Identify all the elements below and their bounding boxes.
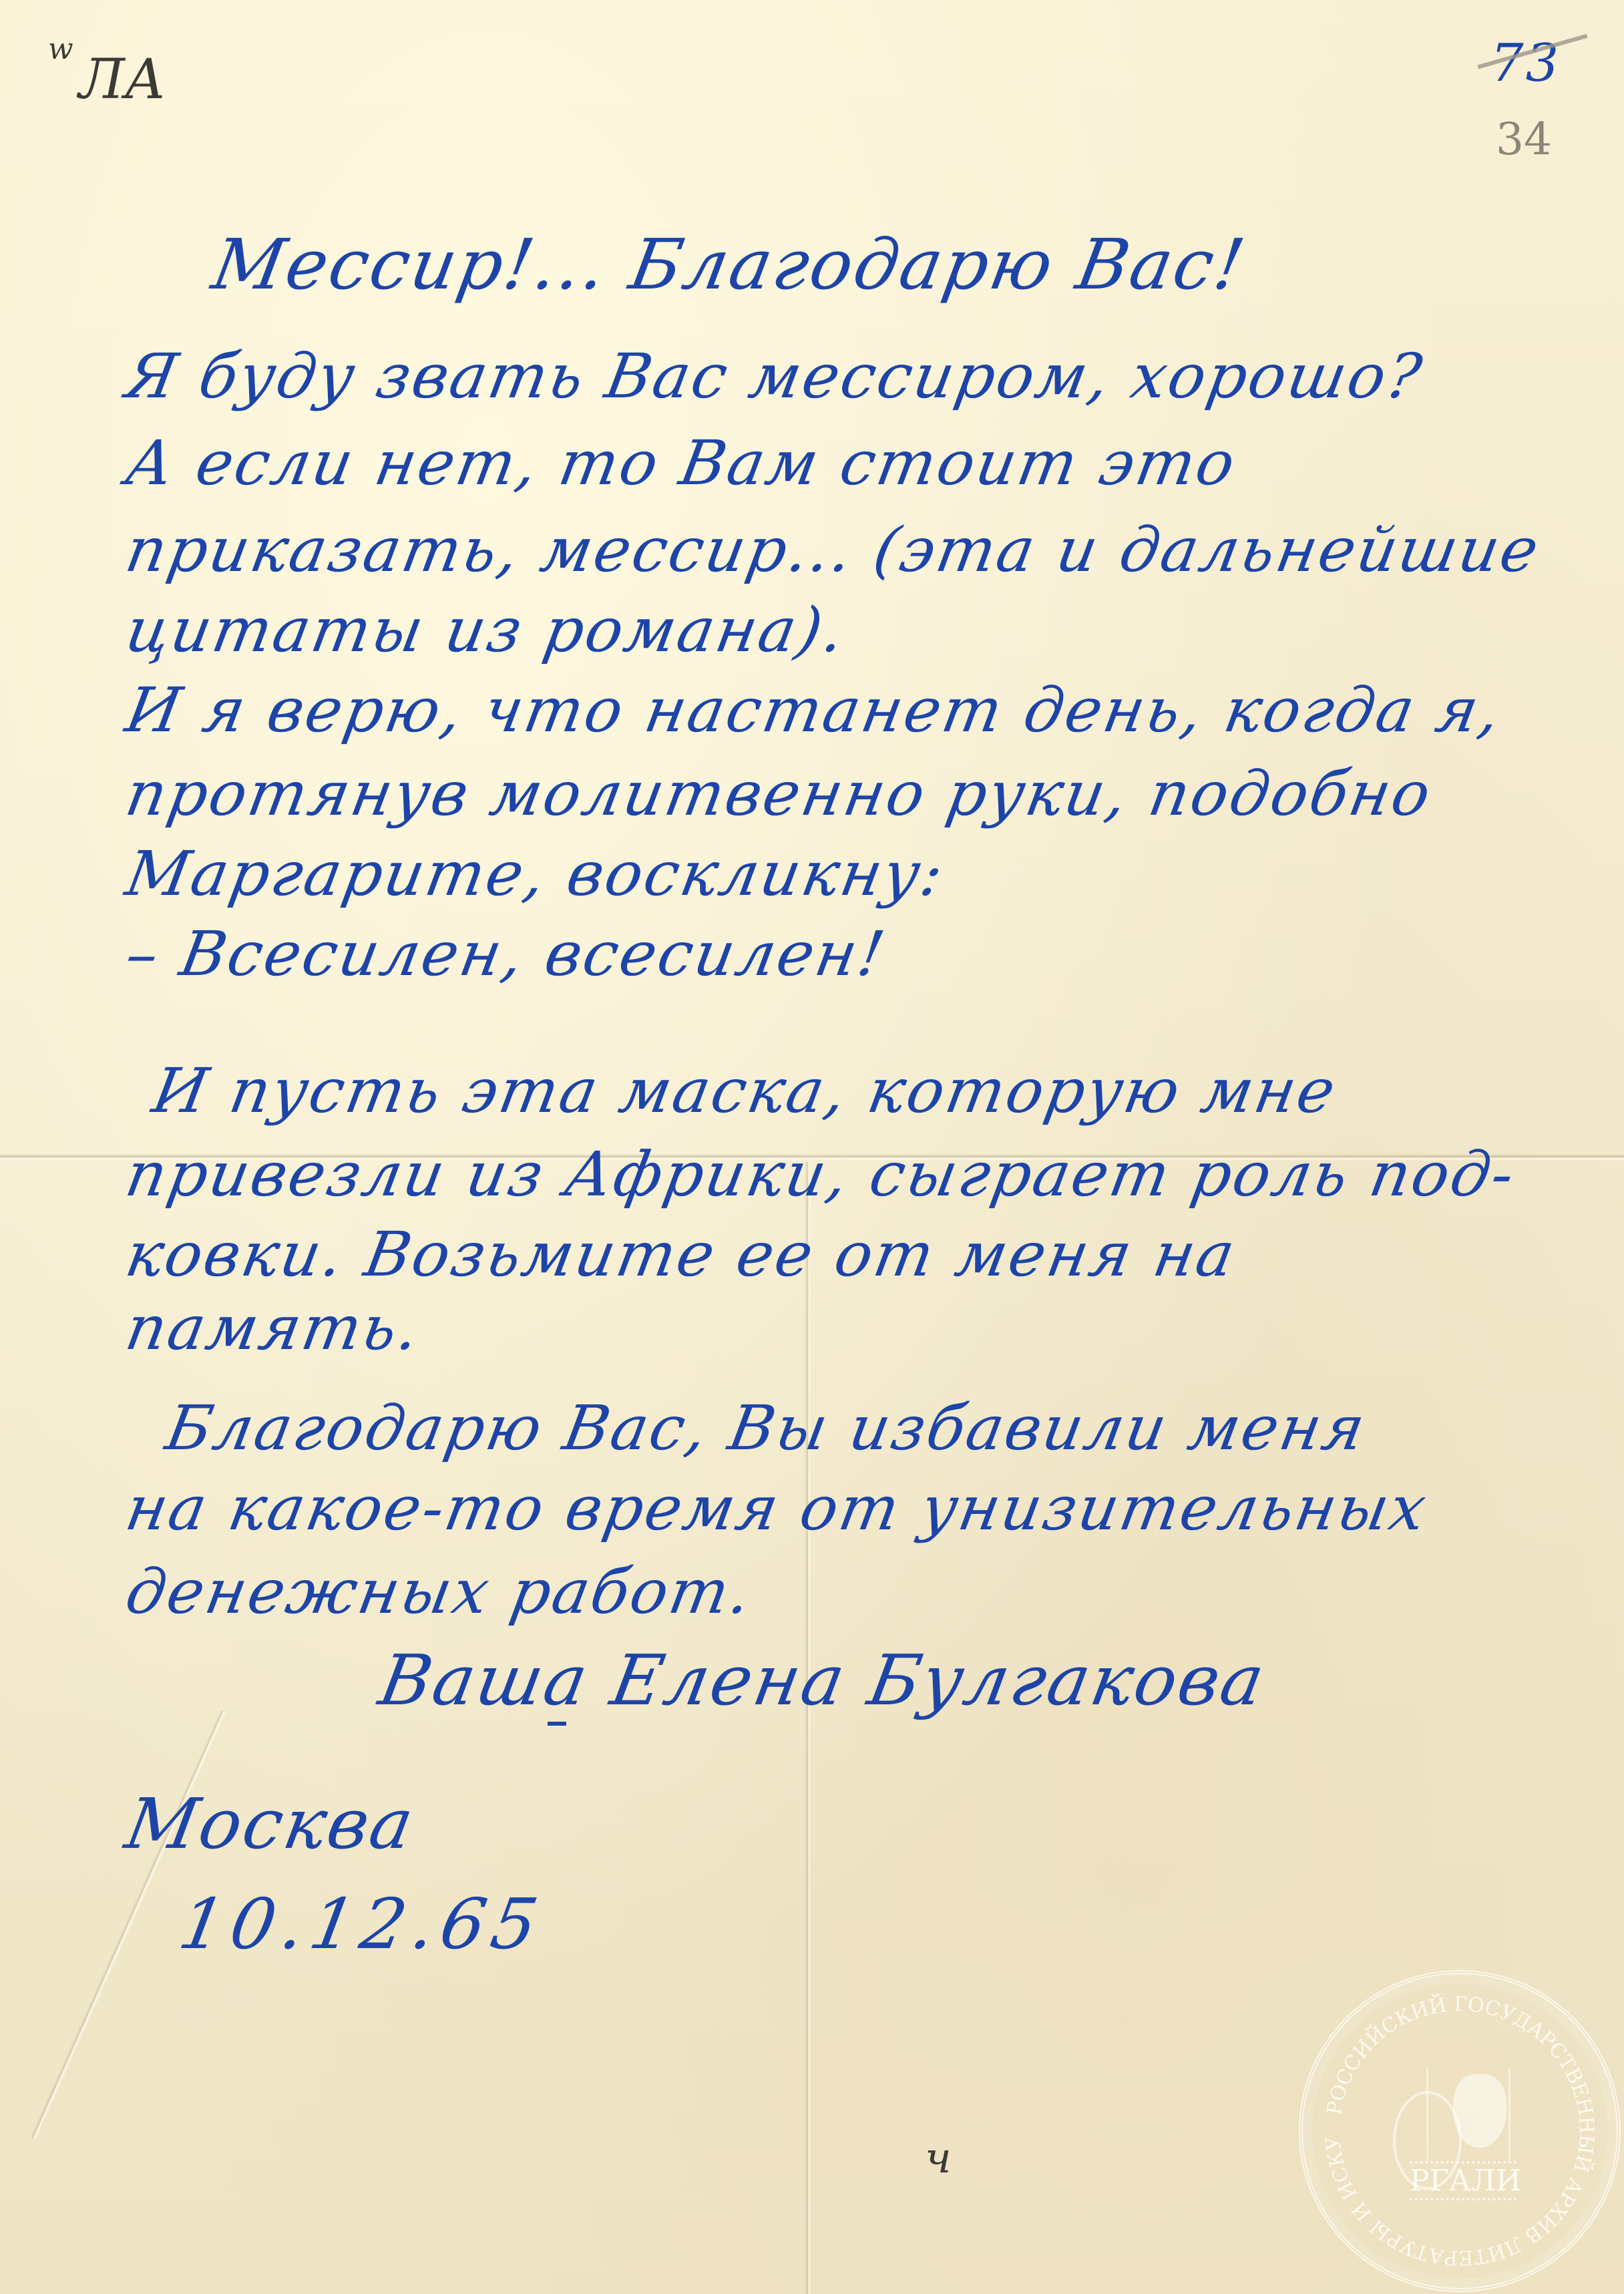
letter-page: w ЛА 73 34 ч Мессир!... Благодарю Вас! Я…: [0, 0, 1624, 2294]
folio-number-old: 73: [1490, 33, 1561, 93]
letter-line-greeting: Мессир!... Благодарю Вас!: [206, 224, 1252, 305]
letter-line: привезли из Африки, сыграет роль под-: [121, 1139, 1522, 1210]
letter-line: протянув молитвенно руки, подобно: [121, 758, 1438, 829]
letter-date: 10.12.65: [173, 1883, 550, 1965]
rgali-archive-seal: РОССИЙСКИЙ ГОСУДАРСТВЕННЫЙ АРХИВ ЛИТЕРАТ…: [1299, 1970, 1621, 2292]
letter-line: Благодарю Вас, Вы избавили меня: [161, 1392, 1372, 1464]
letter-line: ковки. Возьмите ее от меня на: [121, 1219, 1242, 1290]
pencil-mark-w: w: [48, 32, 73, 66]
signature-underline: [548, 1722, 566, 1726]
letter-line: И пусть эта маска, которую мне: [148, 1055, 1343, 1127]
letter-line: память.: [121, 1292, 427, 1364]
signature: Ваша Елена Булгакова: [373, 1640, 1272, 1721]
vertical-fold-crease: [805, 1162, 811, 2294]
folio-number-new: 34: [1496, 114, 1552, 165]
letter-place: Москва: [120, 1783, 421, 1865]
theatre-mask-icon: [1453, 2074, 1506, 2148]
letter-line: Я буду звать Вас мессиром, хорошо?: [121, 341, 1429, 412]
seal-label: РГАЛИ: [1410, 2161, 1516, 2201]
letter-line: цитаты из романа).: [121, 594, 851, 666]
letter-line: на какое-то время от унизительных: [121, 1473, 1434, 1544]
pencil-mark-la: ЛА: [79, 48, 166, 112]
pencil-mark-bottom: ч: [925, 2134, 952, 2183]
letter-line: А если нет, то Вам стоит это: [121, 427, 1242, 499]
letter-line: приказать, мессир... (эта и дальнейшие: [121, 514, 1546, 586]
letter-line: Маргарите, воскликну:: [121, 838, 951, 910]
letter-line: – Всесилен, всесилен!: [121, 918, 891, 990]
letter-line: И я верю, что настанет день, когда я,: [121, 675, 1508, 746]
letter-line: денежных работ.: [121, 1556, 759, 1628]
